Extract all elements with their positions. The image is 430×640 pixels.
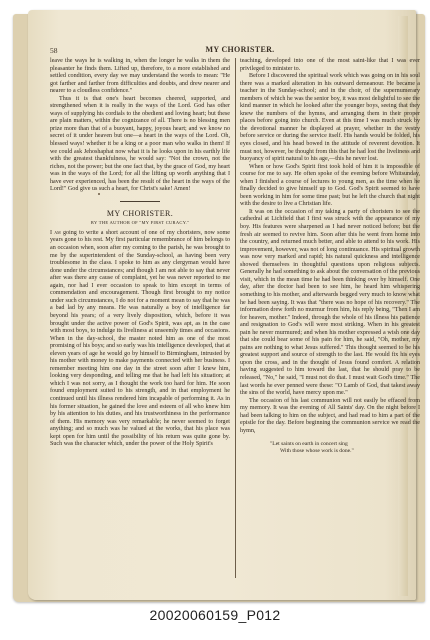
column-divider — [235, 58, 236, 578]
book-scan: 58 MY CHORISTER. leave the ways he is wa… — [10, 10, 426, 603]
article-title: MY CHORISTER. — [50, 210, 230, 218]
verse-line: "Let saints on earth in concert sing — [270, 441, 420, 448]
article-byline: BY THE AUTHOR OF "MY FIRST CURACY." — [50, 219, 230, 227]
ink-speck — [98, 193, 100, 195]
right-column: teaching, developed into one of the most… — [240, 58, 420, 455]
paragraph: leave the ways he is walking in, when th… — [50, 58, 230, 96]
page: 58 MY CHORISTER. leave the ways he is wa… — [28, 10, 416, 600]
paragraph-text: going to write a short account of one of… — [50, 230, 230, 447]
hymn-verse: "Let saints on earth in concert sing Wit… — [240, 441, 420, 455]
verse-line: With those whose work is done." — [270, 448, 420, 455]
paragraph: teaching, developed into one of the most… — [240, 58, 420, 73]
running-title: MY CHORISTER. — [50, 45, 430, 54]
left-column: leave the ways he is walking in, when th… — [50, 58, 230, 449]
drop-word: I am — [50, 230, 61, 236]
paragraph: It was on the occasion of my taking a pa… — [240, 209, 420, 398]
paragraph: When or how God's Spirit first took hold… — [240, 164, 420, 209]
paragraph: The occasion of his last communion will … — [240, 398, 420, 436]
article-first-paragraph: I am going to write a short account of o… — [50, 230, 230, 449]
page-header: 58 MY CHORISTER. — [50, 46, 430, 56]
paragraph: Thus it is that one's heart becomes chee… — [50, 96, 230, 194]
section-divider — [120, 201, 160, 202]
image-caption: 20020060159_P012 — [0, 607, 430, 623]
paragraph: Before I discovered the spiritual work w… — [240, 73, 420, 164]
